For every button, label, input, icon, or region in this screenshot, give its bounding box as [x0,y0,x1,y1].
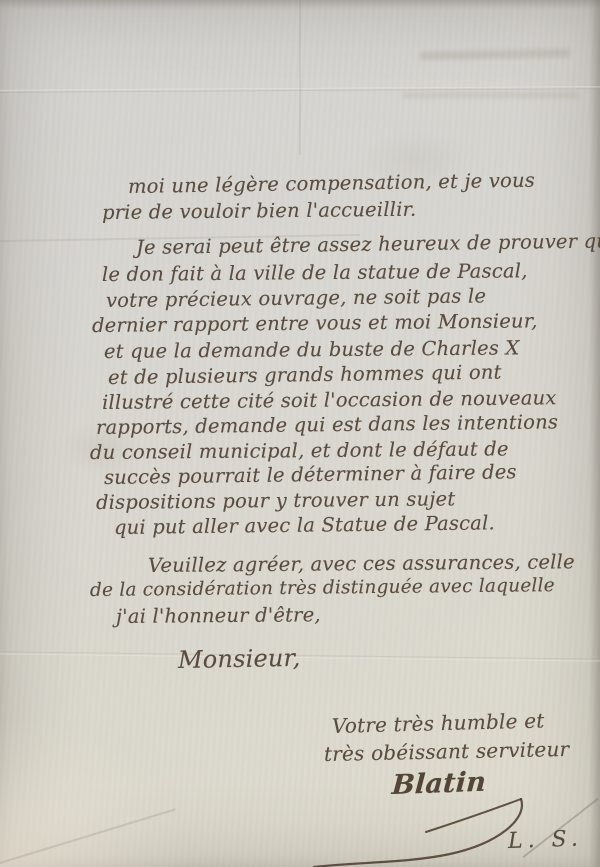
handwritten-line: du conseil municipal, et dont le défaut … [90,437,509,464]
seal-initials: L. S. [508,826,584,854]
handwritten-line: j'ai l'honneur d'être, [116,603,321,628]
handwritten-line: qui put aller avec la Statue de Pascal. [114,511,495,539]
valediction-line-2: très obéissant serviteur [324,737,570,766]
signature-flourish [300,788,540,867]
letter-photo: moi une légère compensation, et je vous … [0,0,600,867]
handwritten-line: Veuillez agréer, avec ces assurances, ce… [148,550,575,577]
handwritten-line: le don fait à la ville de la statue de P… [102,259,528,286]
handwritten-line: et que la demande du buste de Charles X [104,336,520,363]
handwritten-line: votre précieux ouvrage, ne soit pas le [106,284,486,312]
handwritten-line: illustré cette cité soit l'occasion de n… [102,386,557,414]
salutation-line: Monsieur, [178,644,301,674]
handwritten-line: prie de vouloir bien l'accueillir. [102,198,417,224]
handwritten-line: dernier rapport entre vous et moi Monsie… [92,309,538,337]
handwritten-line: dispositions pour y trouver un sujet [96,487,456,514]
